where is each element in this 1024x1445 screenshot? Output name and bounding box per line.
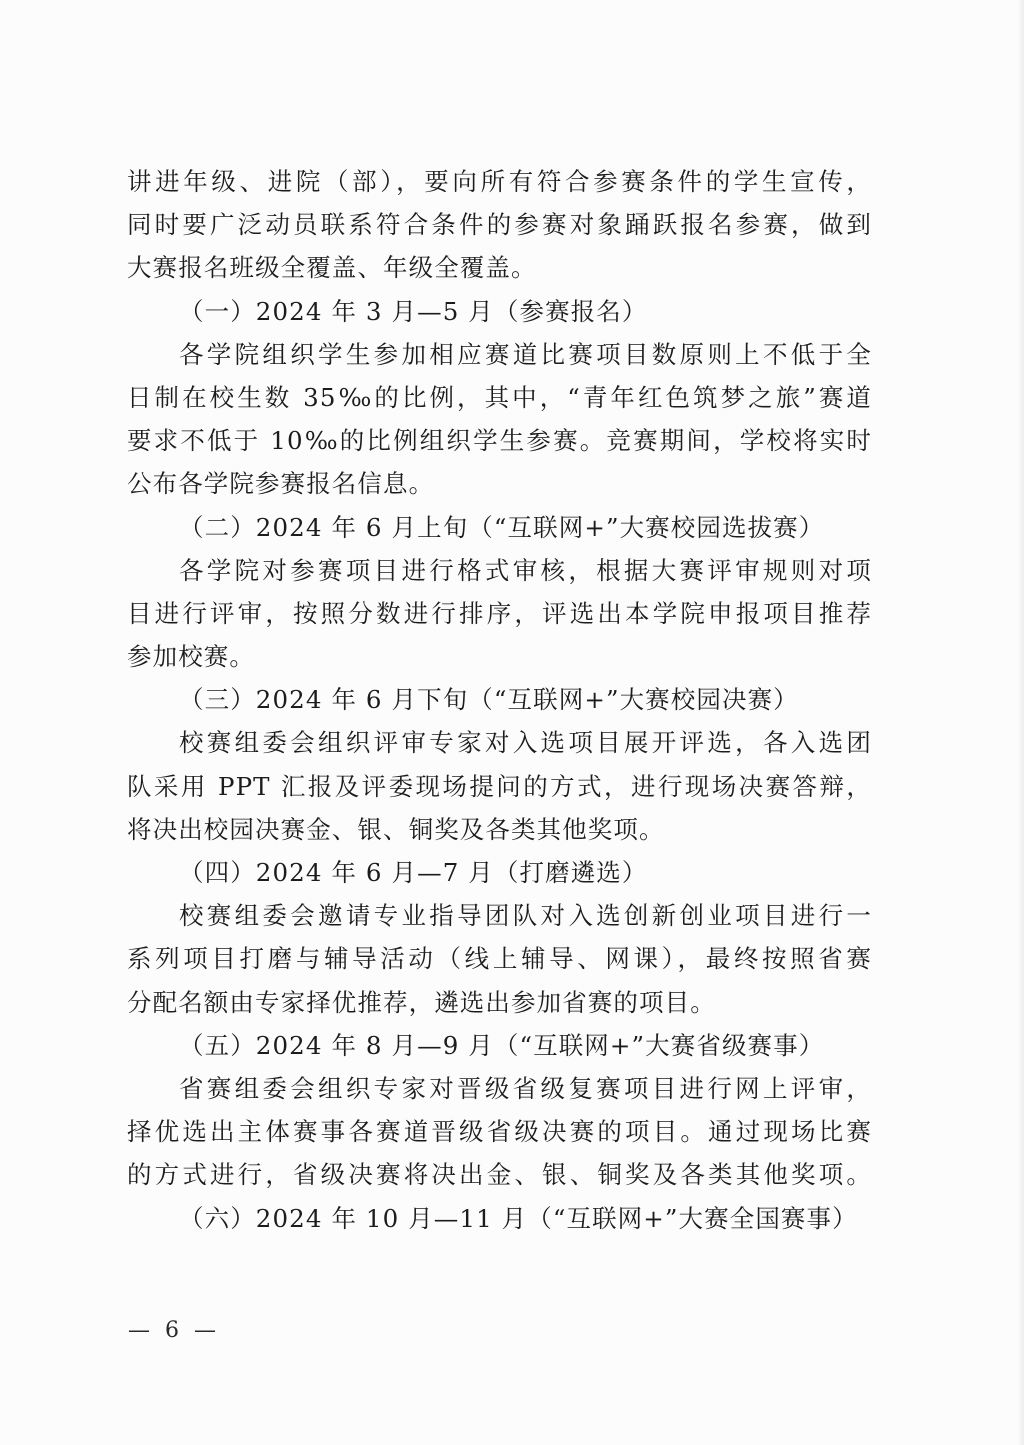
body-line: 公布各学院参赛报名信息。 xyxy=(127,462,872,505)
section-heading-5: （五）2024 年 8 月—9 月（“互联网+”大赛省级赛事） xyxy=(127,1024,872,1067)
body-line: 的方式进行，省级决赛将决出金、银、铜奖及各类其他奖项。 xyxy=(127,1153,872,1196)
body-line: 日制在校生数 35‰的比例，其中，“青年红色筑梦之旅”赛道 xyxy=(127,376,872,419)
section-heading-6: （六）2024 年 10 月—11 月（“互联网+”大赛全国赛事） xyxy=(127,1197,872,1240)
body-line: 参加校赛。 xyxy=(127,635,872,678)
body-line: 大赛报名班级全覆盖、年级全覆盖。 xyxy=(127,246,872,289)
section-heading-2: （二）2024 年 6 月上旬（“互联网+”大赛校园选拔赛） xyxy=(127,506,872,549)
body-line: 目进行评审，按照分数进行排序，评选出本学院申报项目推荐 xyxy=(127,592,872,635)
body-line: 要求不低于 10‰的比例组织学生参赛。竞赛期间，学校将实时 xyxy=(127,419,872,462)
section-heading-3: （三）2024 年 6 月下旬（“互联网+”大赛校园决赛） xyxy=(127,678,872,721)
body-line: 择优选出主体赛事各赛道晋级省级决赛的项目。通过现场比赛 xyxy=(127,1110,872,1153)
document-body: 讲进年级、进院（部），要向所有符合参赛条件的学生宣传， 同时要广泛动员联系符合条… xyxy=(127,160,872,1240)
body-line: 系列项目打磨与辅导活动（线上辅导、网课），最终按照省赛 xyxy=(127,937,872,980)
section-heading-4: （四）2024 年 6 月—7 月（打磨遴选） xyxy=(127,851,872,894)
document-page: 讲进年级、进院（部），要向所有符合参赛条件的学生宣传， 同时要广泛动员联系符合条… xyxy=(0,0,1024,1445)
body-line: 同时要广泛动员联系符合条件的参赛对象踊跃报名参赛，做到 xyxy=(127,203,872,246)
paragraph-first-line: 各学院对参赛项目进行格式审核，根据大赛评审规则对项 xyxy=(127,549,872,592)
paragraph-first-line: 各学院组织学生参加相应赛道比赛项目数原则上不低于全 xyxy=(127,333,872,376)
page-number: — 6 — xyxy=(128,1318,220,1343)
paragraph-first-line: 省赛组委会组织专家对晋级省级复赛项目进行网上评审， xyxy=(127,1067,872,1110)
paragraph-first-line: 校赛组委会组织评审专家对入选项目展开评选，各入选团 xyxy=(127,721,872,764)
body-line: 分配名额由专家择优推荐，遴选出参加省赛的项目。 xyxy=(127,981,872,1024)
paragraph-first-line: 校赛组委会邀请专业指导团队对入选创新创业项目进行一 xyxy=(127,894,872,937)
body-line: 讲进年级、进院（部），要向所有符合参赛条件的学生宣传， xyxy=(127,160,872,203)
body-line: 队采用 PPT 汇报及评委现场提问的方式，进行现场决赛答辩， xyxy=(127,765,872,808)
page-edge-shadow xyxy=(1018,0,1024,1445)
body-line: 将决出校园决赛金、银、铜奖及各类其他奖项。 xyxy=(127,808,872,851)
section-heading-1: （一）2024 年 3 月—5 月（参赛报名） xyxy=(127,290,872,333)
